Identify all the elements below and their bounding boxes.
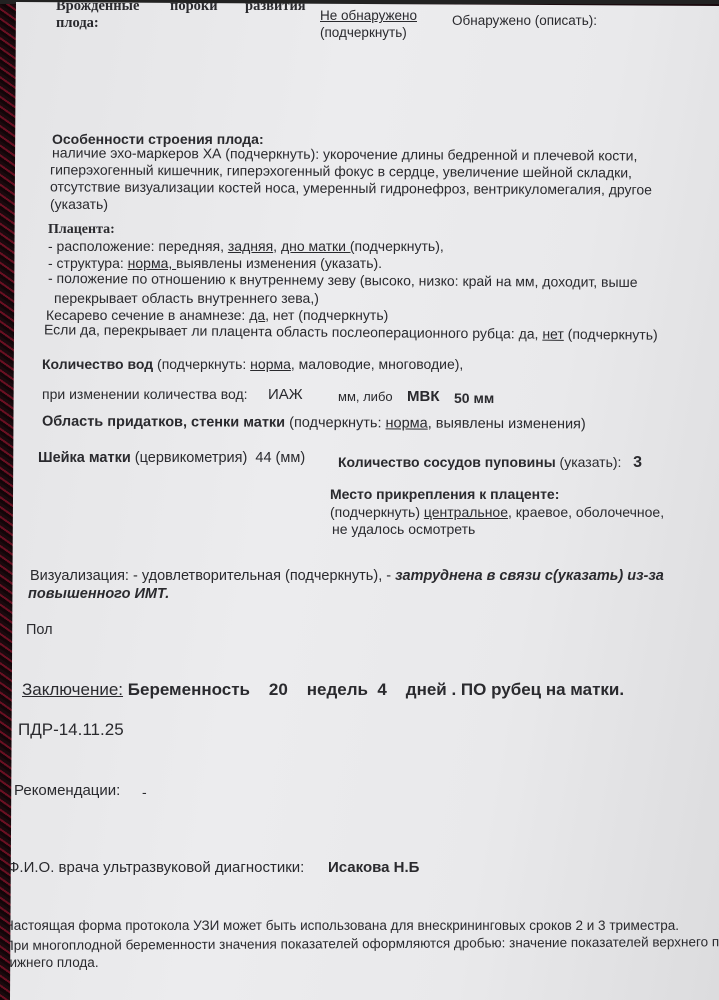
attachment-selected: центральное — [424, 504, 508, 520]
visualization-reason: повышенного ИМТ. — [28, 586, 169, 603]
amniotic-selected: норма — [250, 356, 291, 372]
due-date: ПДР-14.11.25 — [18, 720, 124, 740]
defects-label-line2: плода: — [56, 15, 99, 32]
umbilical-vessels: Количество сосудов пуповины (указать): 3 — [338, 454, 642, 471]
mvk-label: МВК — [407, 388, 439, 405]
adnexa-uterine-wall: Область придатков, стенки матки (подчерк… — [42, 414, 586, 434]
ultrasound-protocol-page: Врожденные пороки развития плода: Не обн… — [10, 2, 719, 1000]
iaj-label: ИАЖ — [268, 386, 303, 403]
placenta-position-line2: перекрывает область внутреннего зева,) — [54, 290, 319, 307]
recommendations-label: Рекомендации: — [14, 782, 120, 799]
scar-overlap-selected: нет — [542, 326, 564, 342]
placenta-location: - расположение: передняя, задняя, дно ма… — [48, 238, 444, 255]
attachment-title: Место прикрепления к плаценте: — [330, 486, 559, 503]
attachment-not-seen: не удалось осмотреть — [332, 521, 475, 538]
attachment-options: (подчеркнуть) центральное, краевое, обол… — [330, 504, 664, 521]
conclusion-label: Заключение: — [22, 680, 123, 699]
cervix-value: 44 (мм) — [255, 450, 305, 466]
placenta-location-selected-fundus: дно матки ( — [281, 238, 355, 254]
footer-note-line1: Настоящая форма протокола УЗИ может быть… — [4, 917, 679, 934]
visualization: Визуализация: - удовлетворительная (подч… — [30, 568, 664, 585]
doctor-label: Ф.И.О. врача ультразвуковой диагностики: — [8, 859, 304, 876]
placenta-structure-selected: норма, — [128, 255, 177, 271]
defects-option-not-found: Не обнаружено — [320, 7, 417, 24]
scar-overlap: Если да, перекрывает ли плацента область… — [44, 321, 658, 343]
defects-option-hint: (подчеркнуть) — [320, 24, 407, 41]
sex-label: Пол — [26, 622, 53, 639]
iaj-unit: мм, либо — [338, 388, 393, 405]
umbilical-vessels-value: 3 — [633, 454, 642, 471]
amniotic-fluid: Количество вод (подчеркнуть: норма, мало… — [42, 356, 463, 373]
footer-note-line2: При многоплодной беременности значения п… — [4, 933, 719, 954]
doctor-name: Исакова Н.Б — [328, 859, 419, 876]
fetal-structure-line3: отсутствие визуализации костей носа, уме… — [50, 178, 652, 198]
cervix-length: Шейка матки (цервикометрия) 44 (мм) — [38, 450, 305, 467]
placenta-location-selected-posterior: задняя — [228, 238, 273, 254]
gestation-days: 4 — [377, 680, 386, 699]
defects-option-found: Обнаружено (описать): — [452, 12, 597, 29]
placenta-title: Плацента: — [48, 221, 115, 238]
cesarean-selected: да — [249, 307, 265, 323]
gestation-weeks: 20 — [269, 680, 288, 699]
conclusion: Заключение: Беременность 20 недель 4 дне… — [22, 680, 624, 700]
footer-note-line3: нижнего плода. — [2, 954, 99, 971]
visualization-difficult: затруднена в связи с(указать) из-за — [395, 568, 664, 584]
recommendations-value: - — [142, 784, 147, 801]
adnexa-selected: норма — [386, 415, 428, 431]
placenta-position-line1: - положение по отношению к внутреннему з… — [48, 270, 638, 291]
mvk-value: 50 мм — [454, 390, 494, 407]
fetal-structure-line4: (указать) — [50, 196, 108, 213]
amniotic-change-label: при изменении количества вод: — [42, 386, 248, 403]
